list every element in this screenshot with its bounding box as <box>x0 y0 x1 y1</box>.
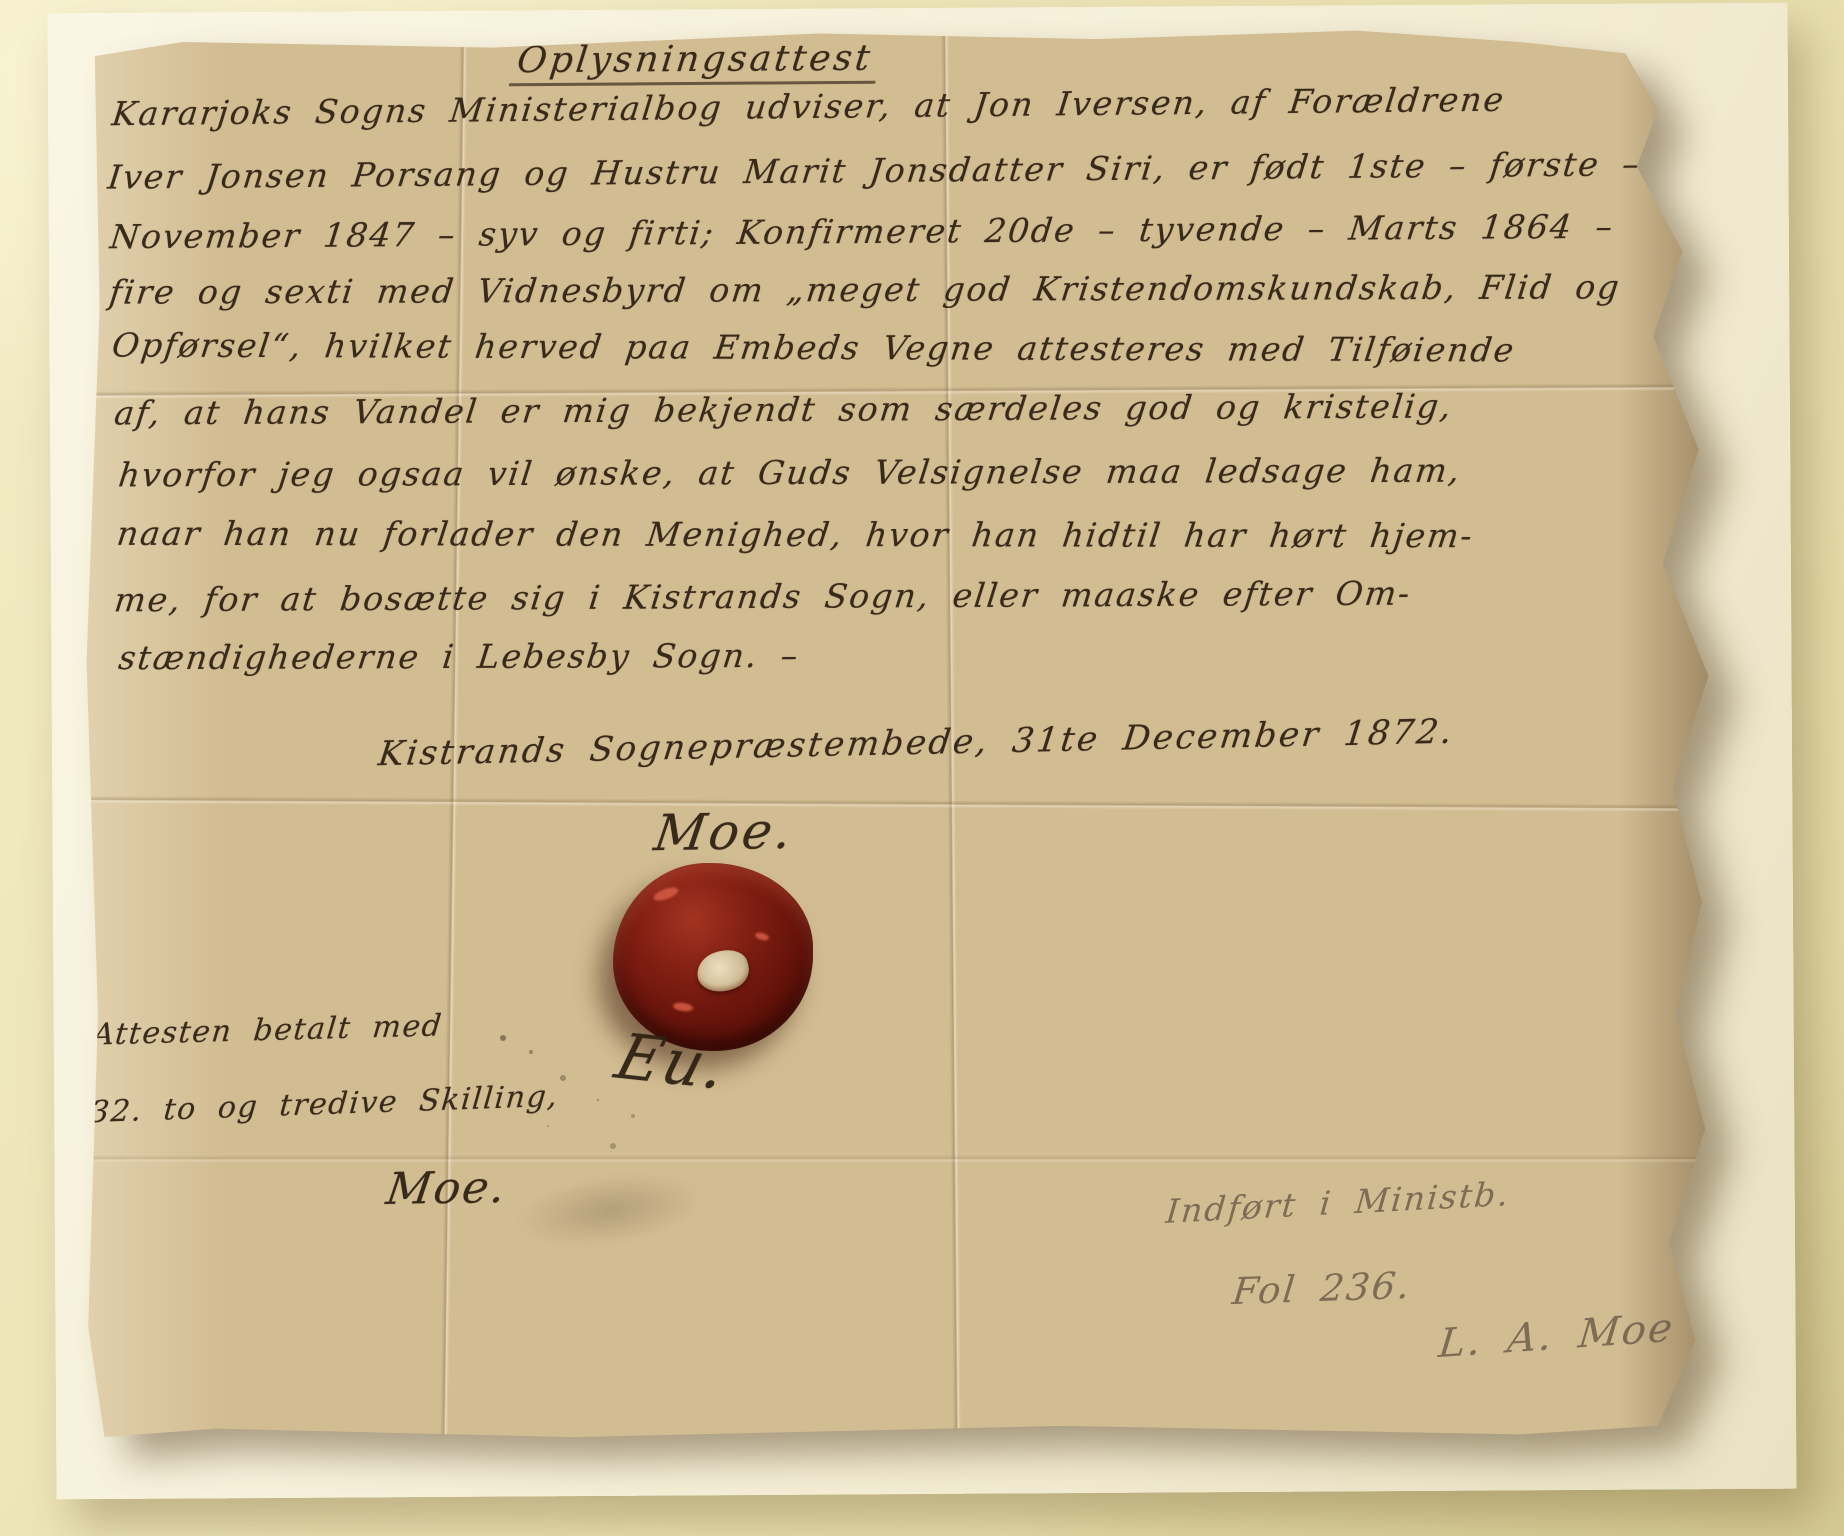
ink-smudge <box>511 1162 709 1258</box>
body-line-6: af, at hans Vandel er mig bekjendt som s… <box>112 386 1455 432</box>
registry-note-line-2: Fol 236. <box>1230 1264 1413 1313</box>
fold-crease-horizontal-lower <box>85 1155 1715 1163</box>
seal-center-spot <box>693 945 753 996</box>
fold-crease-horizontal-middle <box>85 796 1715 813</box>
payment-signature: Moe. <box>383 1162 510 1215</box>
seal-glint <box>673 1002 694 1013</box>
main-signature: Moe. <box>651 802 798 862</box>
letter-paper-wrap: Oplysningsattest Kararjoks Sogns Ministe… <box>85 25 1715 1440</box>
body-line-7: hvorfor jeg ogsaa vil ønske, at Guds Vel… <box>116 451 1463 495</box>
document-title: Oplysningsattest <box>432 37 957 82</box>
flourish-mark: Eu. <box>608 1019 737 1103</box>
ink-speckles <box>500 1035 506 1041</box>
body-line-3: November 1847 – syv og firti; Konfirmere… <box>108 207 1616 256</box>
body-line-8: naar han nu forlader den Menighed, hvor … <box>115 514 1476 555</box>
body-line-9: me, for at bosætte sig i Kistrands Sogn,… <box>112 574 1413 620</box>
body-line-10: stændighederne i Lebesby Sogn. – <box>117 636 802 677</box>
seal-glint <box>652 885 680 903</box>
registry-note-line-1: Indført i Ministb. <box>1164 1174 1512 1231</box>
dateline: Kistrands Sognepræstembede, 31te Decembe… <box>376 712 1456 774</box>
torn-edge-shadow <box>1620 25 1715 1440</box>
body-line-1: Kararjoks Sogns Ministerialbog udviser, … <box>110 80 1507 134</box>
document-title-text: Oplysningsattest <box>508 38 881 87</box>
body-line-5: Opførsel“, hvilket herved paa Embeds Veg… <box>110 326 1518 370</box>
letter-paper: Oplysningsattest Kararjoks Sogns Ministe… <box>85 25 1715 1440</box>
seal-glint <box>754 931 769 941</box>
body-line-4: fire og sexti med Vidnesbyrd om „meget g… <box>107 267 1623 311</box>
body-line-2: Iver Jonsen Porsang og Hustru Marit Jons… <box>106 144 1643 196</box>
photo-of-document: { "document": { "title": "Oplysningsatte… <box>0 0 1844 1536</box>
